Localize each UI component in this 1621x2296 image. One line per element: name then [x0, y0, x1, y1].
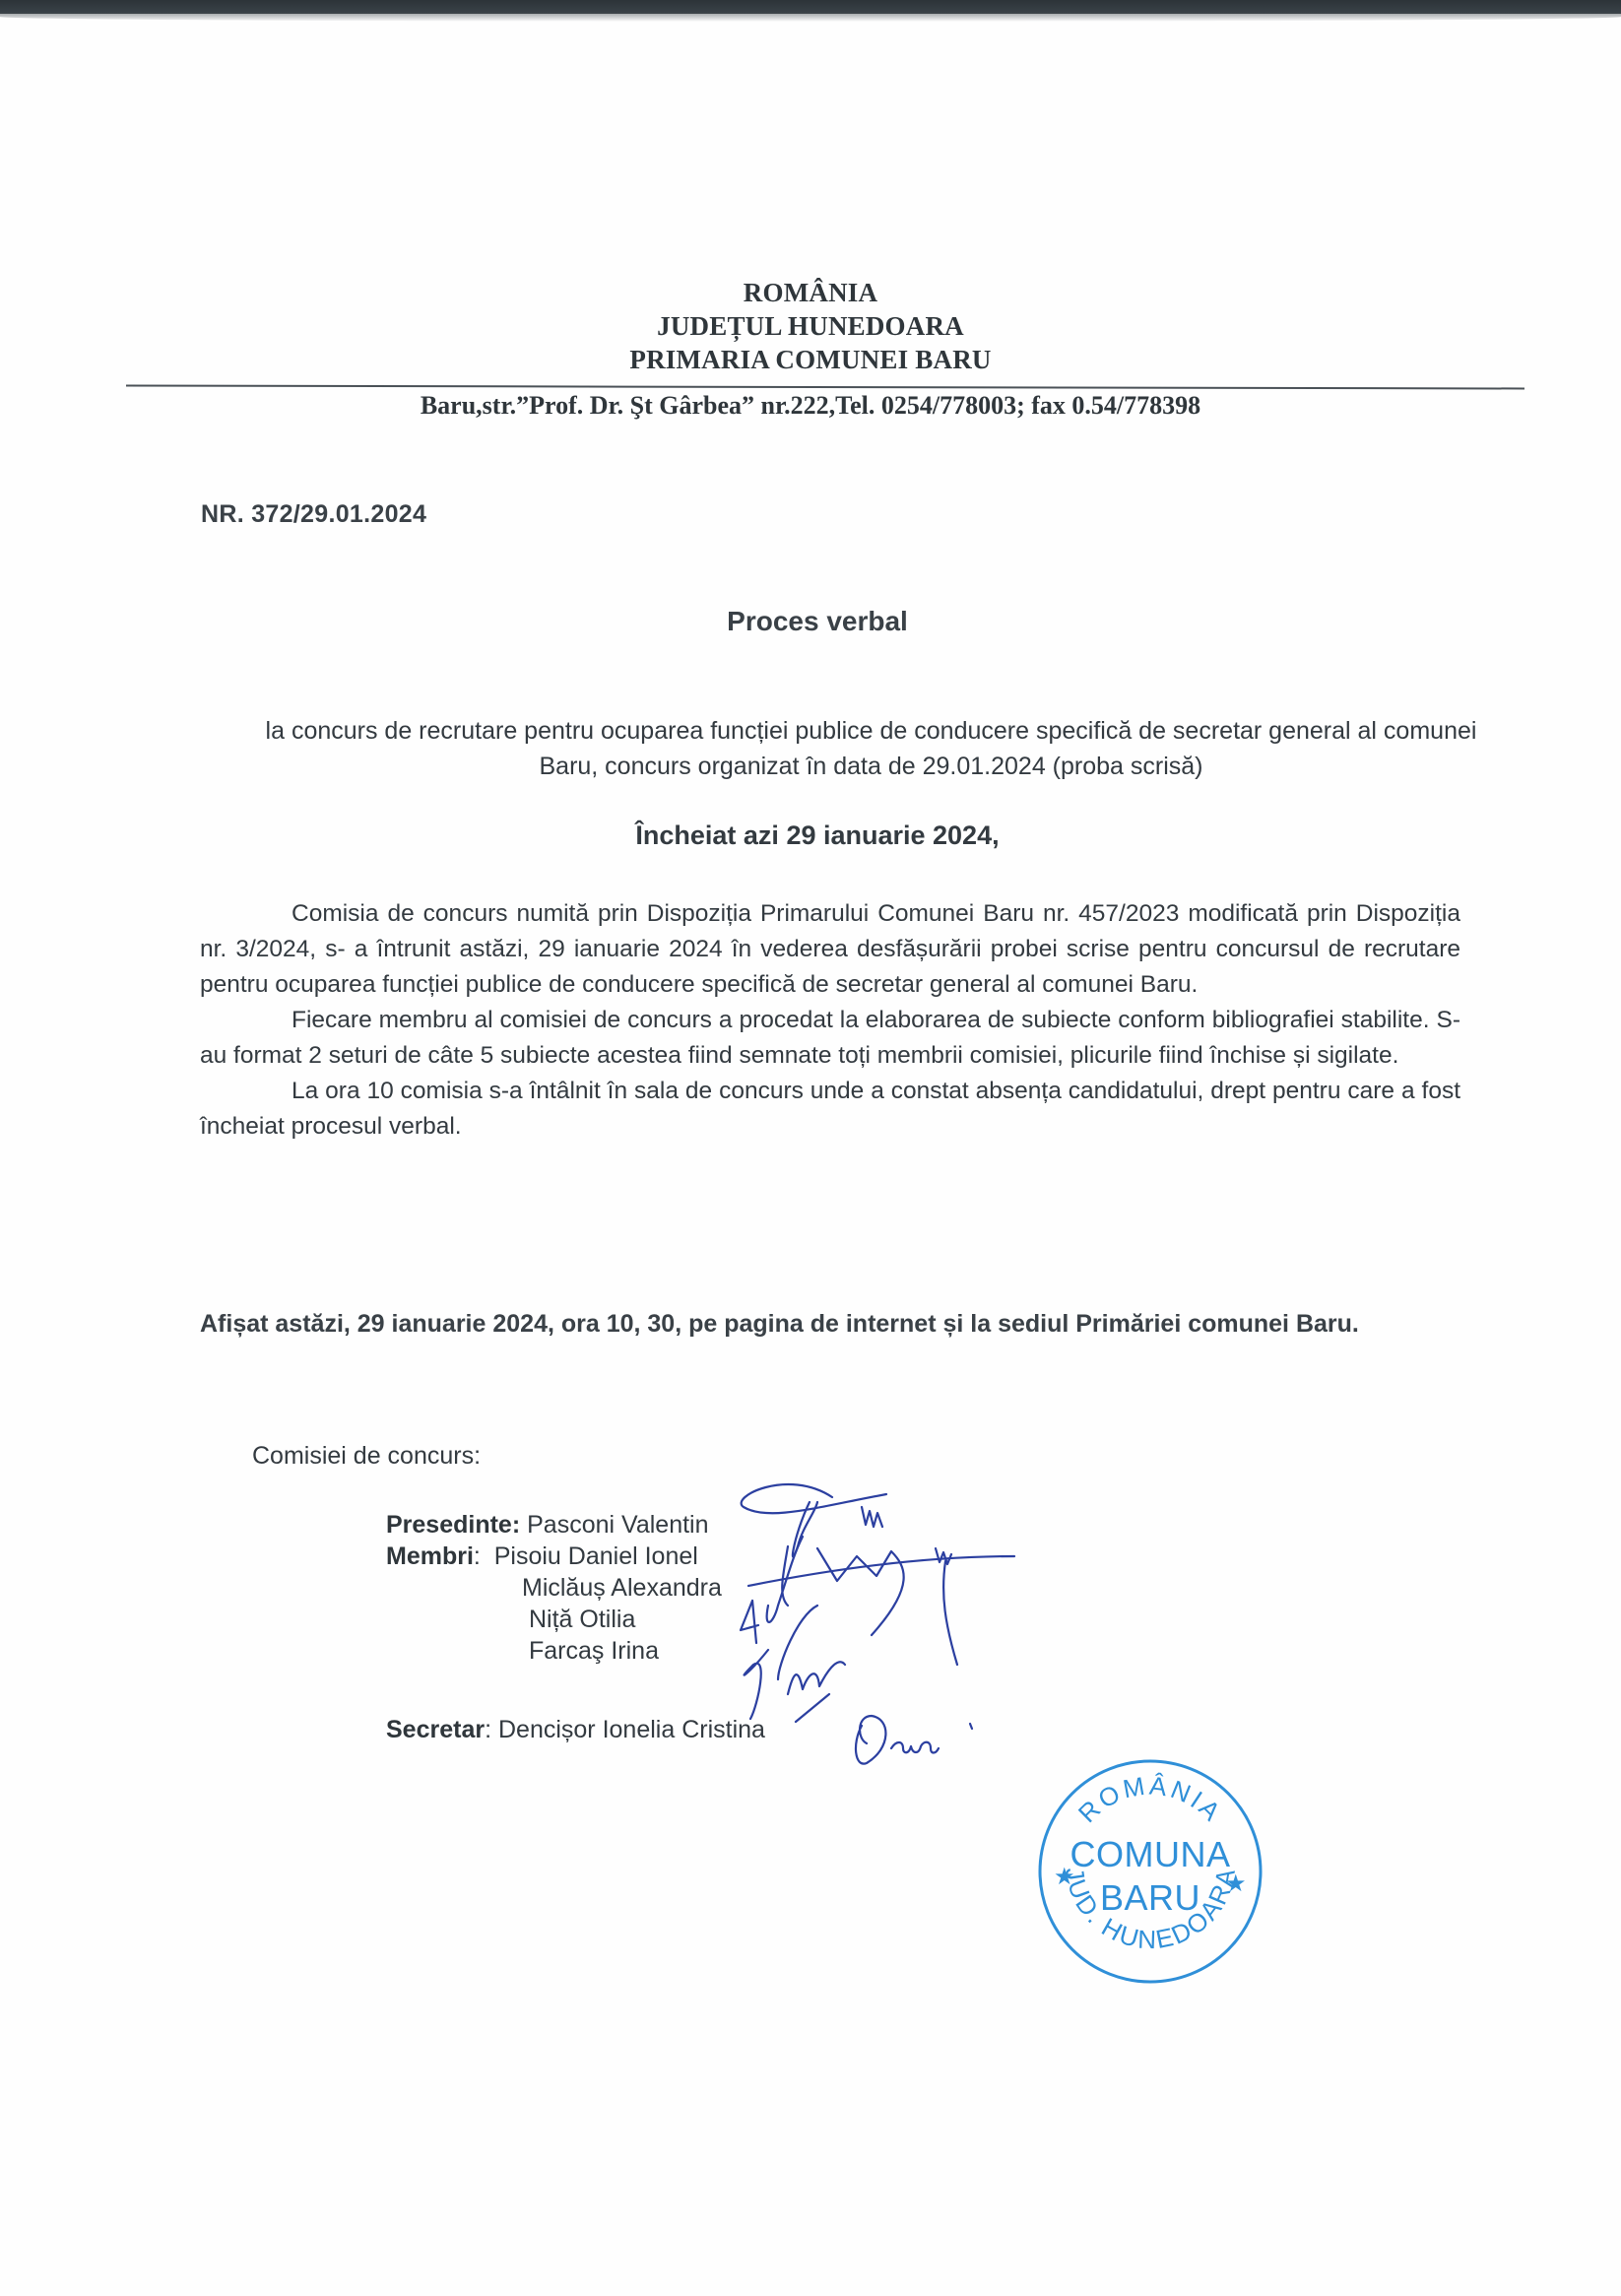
- members-label: Membri: [386, 1542, 474, 1570]
- secretary-label: Secretar: [386, 1716, 485, 1743]
- committee-label: Comisiei de concurs:: [252, 1442, 481, 1471]
- document-subtitle: la concurs de recrutare pentru ocuparea …: [258, 713, 1484, 784]
- document-title: Proces verbal: [0, 606, 1621, 637]
- posting-notice: Afișat astăzi, 29 ianuarie 2024, ora 10,…: [200, 1306, 1460, 1342]
- member-name: Farcaş Irina: [529, 1637, 659, 1665]
- letterhead-institution: PRIMARIA COMUNEI BARU: [0, 343, 1621, 376]
- colon: :: [485, 1716, 498, 1743]
- member-name: Miclăuș Alexandra: [522, 1574, 722, 1602]
- member-row: Farcaş Irina: [386, 1635, 722, 1667]
- colon: :: [474, 1542, 494, 1570]
- scan-edge: [0, 0, 1621, 14]
- paragraph: Fiecare membru al comisiei de concurs a …: [200, 1003, 1460, 1074]
- committee-members: Presedinte: Pasconi Valentin Membri: Pis…: [386, 1509, 722, 1667]
- letterhead: ROMÂNIA JUDEȚUL HUNEDOARA PRIMARIA COMUN…: [0, 276, 1621, 376]
- concluded-date: Încheiat azi 29 ianuarie 2024,: [0, 820, 1621, 851]
- official-stamp: ROMÂNIA JUD. HUNEDOARA ★ ★ COMUNA BARU: [1032, 1753, 1268, 1990]
- letterhead-country: ROMÂNIA: [0, 276, 1621, 309]
- document-body: Comisia de concurs numită prin Dispoziți…: [200, 896, 1460, 1145]
- member-name: Pisoiu Daniel Ionel: [494, 1542, 698, 1570]
- signature-president: [742, 1484, 886, 1557]
- stamp-line-1: COMUNA: [1032, 1834, 1268, 1875]
- letterhead-address: Baru,str.”Prof. Dr. Şt Gârbea” nr.222,Te…: [0, 391, 1621, 421]
- signature-member-1: [748, 1546, 1014, 1635]
- signature-secretary: [856, 1716, 939, 1764]
- member-row: Miclăuș Alexandra: [386, 1572, 722, 1604]
- paragraph: Comisia de concurs numită prin Dispoziți…: [200, 896, 1460, 1003]
- stamp-line-2: BARU: [1032, 1877, 1268, 1919]
- paragraph: La ora 10 comisia s-a întâlnit în sala d…: [200, 1074, 1460, 1145]
- member-row: Membri: Pisoiu Daniel Ionel: [386, 1541, 722, 1572]
- svg-text:ROMÂNIA: ROMÂNIA: [1072, 1770, 1228, 1828]
- document-number: NR. 372/29.01.2024: [201, 500, 426, 529]
- president-row: Presedinte: Pasconi Valentin: [386, 1509, 722, 1541]
- signature-member-2: [741, 1601, 758, 1643]
- president-name: Pasconi Valentin: [527, 1511, 708, 1539]
- member-name: Niță Otilia: [529, 1606, 635, 1633]
- letterhead-divider: [126, 385, 1524, 390]
- secretary-name: Dencișor Ionelia Cristina: [498, 1716, 765, 1743]
- member-row: Niță Otilia: [386, 1604, 722, 1635]
- letterhead-county: JUDEȚUL HUNEDOARA: [0, 309, 1621, 343]
- secretary-row: Secretar: Dencișor Ionelia Cristina: [386, 1716, 765, 1744]
- president-label: Presedinte:: [386, 1511, 520, 1539]
- signature-member-3: [745, 1606, 845, 1722]
